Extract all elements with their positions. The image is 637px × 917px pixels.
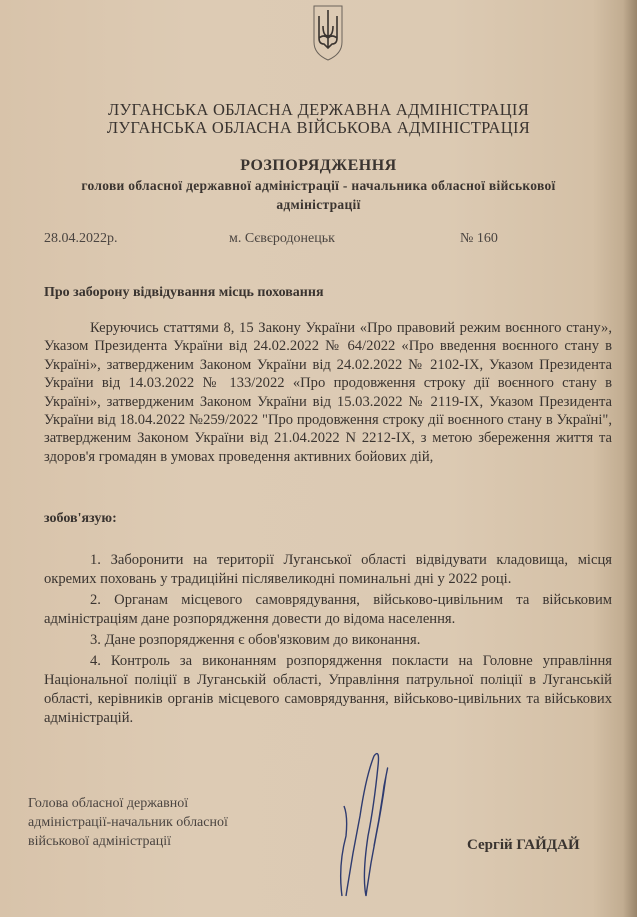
order-item: 2. Органам місцевого самоврядування, вій… [44, 591, 612, 629]
order-item: 1. Заборонити на території Луганської об… [44, 551, 612, 589]
order-items-list: 1. Заборонити на території Луганської об… [44, 551, 612, 730]
oblige-heading: зобов'язую: [44, 511, 117, 527]
signatory-position-line: адміністрації-начальник обласної [28, 813, 228, 832]
signatory-position-line: військової адміністрації [28, 832, 228, 851]
handwritten-signature-icon [330, 746, 400, 906]
header-line-military-administration: ЛУГАНСЬКА ОБЛАСНА ВІЙСЬКОВА АДМІНІСТРАЦІ… [0, 118, 637, 138]
signatory-position: Голова обласної державної адміністрації-… [28, 794, 228, 851]
document-title: РОЗПОРЯДЖЕННЯ [0, 156, 637, 176]
order-item: 3. Дане розпорядження є обов'язковим до … [44, 631, 612, 650]
document-date: 28.04.2022р. [44, 231, 118, 247]
trident-coat-of-arms-icon [312, 4, 344, 62]
document-city: м. Сєвєродонецьк [229, 231, 335, 247]
signatory-position-line: Голова обласної державної [28, 794, 228, 813]
order-item: 4. Контроль за виконанням розпорядження … [44, 652, 612, 728]
document-number: № 160 [460, 231, 498, 247]
signatory-name: Сергій ГАЙДАЙ [467, 837, 580, 854]
document-subject: Про заборону відвідування місць похованн… [44, 285, 324, 301]
document-page: ЛУГАНСЬКА ОБЛАСНА ДЕРЖАВНА АДМІНІСТРАЦІЯ… [0, 0, 637, 917]
header-line-state-administration: ЛУГАНСЬКА ОБЛАСНА ДЕРЖАВНА АДМІНІСТРАЦІЯ [0, 100, 637, 120]
document-subtitle: голови обласної державної адміністрації … [0, 176, 637, 214]
preamble-paragraph: Керуючись статтями 8, 15 Закону України … [44, 319, 612, 466]
